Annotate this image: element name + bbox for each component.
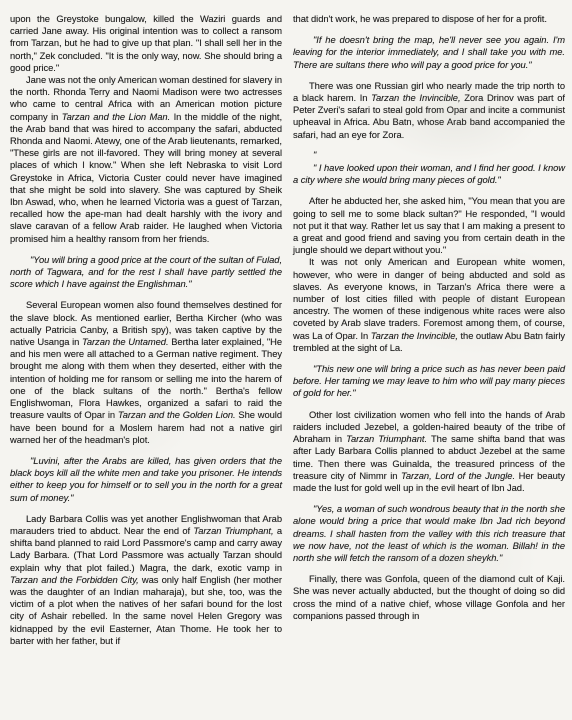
italic-run: " I have looked upon their woman, and I … <box>293 162 565 185</box>
italic-run: Tarzan the Untamed. <box>82 336 169 347</box>
italic-run: Tarzan, Lord of the Jungle. <box>401 470 515 481</box>
body-paragraph: Lady Barbara Collis was yet another Engl… <box>10 513 282 647</box>
italic-run: "Yes, a woman of such wondrous beauty th… <box>293 503 565 563</box>
text-column-left: upon the Greystoke bungalow, killed the … <box>10 13 282 720</box>
body-paragraph: It was not only American and European wh… <box>293 256 565 354</box>
body-paragraph: Several European women also found themse… <box>10 299 282 445</box>
text-run: Bertha later explained, "He and his men … <box>10 336 282 420</box>
text-run: Finally, there was Gonfola, queen of the… <box>293 573 565 621</box>
italic-run: Tarzan Triumphant. <box>346 433 427 444</box>
body-paragraph: There was one Russian girl who nearly ma… <box>293 80 565 141</box>
text-run: After he abducted her, she asked him, "Y… <box>293 195 565 255</box>
quote-paragraph: "This new one will bring a price such as… <box>293 363 565 400</box>
text-column-right: that didn't work, he was prepared to dis… <box>293 13 565 720</box>
italic-run: Tarzan the Invincible, <box>371 92 460 103</box>
italic-run: "You will bring a good price at the cour… <box>10 254 282 289</box>
italic-run: Tarzan and the Forbidden City, <box>10 574 139 585</box>
body-paragraph: that didn't work, he was prepared to dis… <box>293 13 565 25</box>
quote-fragment: " <box>293 149 565 161</box>
body-paragraph: Jane was not the only American woman des… <box>10 74 282 245</box>
italic-run: "This new one will bring a price such as… <box>293 363 565 398</box>
text-run: In the middle of the night, the Arab ban… <box>10 111 282 244</box>
italic-run: "Luvini, after the Arabs are killed, has… <box>10 455 282 503</box>
body-paragraph: upon the Greystoke bungalow, killed the … <box>10 13 282 74</box>
quote-paragraph: " I have looked upon their woman, and I … <box>293 162 565 186</box>
text-run: It was not only American and European wh… <box>293 256 565 340</box>
italic-run: Tarzan Triumphant, <box>193 525 273 536</box>
book-page: upon the Greystoke bungalow, killed the … <box>0 0 572 720</box>
italic-run: " <box>313 149 316 160</box>
body-paragraph: Other lost civilization women who fell i… <box>293 409 565 494</box>
quote-paragraph: "You will bring a good price at the cour… <box>10 254 282 291</box>
quote-paragraph: "If he doesn't bring the map, he'll neve… <box>293 34 565 71</box>
italic-run: Tarzan and the Golden Lion. <box>118 409 236 420</box>
text-run: that didn't work, he was prepared to dis… <box>293 13 547 24</box>
quote-paragraph: "Luvini, after the Arabs are killed, has… <box>10 455 282 504</box>
italic-run: "If he doesn't bring the map, he'll neve… <box>293 34 565 69</box>
body-paragraph: Finally, there was Gonfola, queen of the… <box>293 573 565 622</box>
italic-run: Tarzan the Invincible, <box>371 330 458 341</box>
text-run: upon the Greystoke bungalow, killed the … <box>10 13 282 73</box>
body-paragraph: After he abducted her, she asked him, "Y… <box>293 195 565 256</box>
italic-run: Tarzan and the Lion Man. <box>62 111 170 122</box>
quote-paragraph: "Yes, a woman of such wondrous beauty th… <box>293 503 565 564</box>
